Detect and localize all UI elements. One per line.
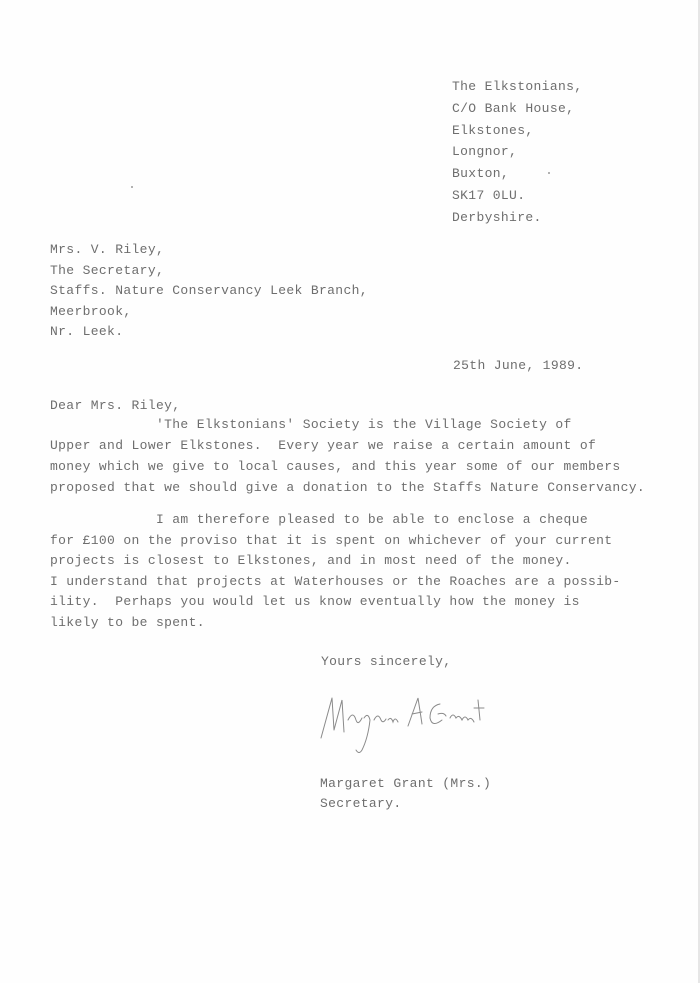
date-text: 25th June, 1989. (453, 356, 583, 376)
signatory-title: Secretary. (320, 794, 491, 814)
sender-line: Longnor, (452, 141, 582, 163)
paragraph-1: 'The Elkstonians' Society is the Village… (50, 414, 645, 498)
handwritten-signature (318, 690, 518, 770)
recipient-line: The Secretary, (50, 261, 368, 282)
paragraph-line: I understand that projects at Waterhouse… (50, 572, 621, 593)
letter-page: The Elkstonians, C/O Bank House, Elkston… (0, 0, 700, 983)
closing: Yours sincerely, (321, 652, 451, 672)
stray-mark (131, 186, 133, 188)
recipient-address: Mrs. V. Riley, The Secretary, Staffs. Na… (50, 240, 368, 343)
paragraph-line: money which we give to local causes, and… (50, 456, 645, 477)
sender-line: Derbyshire. (452, 207, 582, 229)
paragraph-line: ility. Perhaps you would let us know eve… (50, 592, 621, 613)
letter-date: 25th June, 1989. (453, 356, 583, 376)
sender-line: SK17 0LU. (452, 185, 582, 207)
sender-address: The Elkstonians, C/O Bank House, Elkston… (452, 76, 582, 229)
sender-line: Elkstones, (452, 120, 582, 142)
sender-line: C/O Bank House, (452, 98, 582, 120)
recipient-line: Meerbrook, (50, 302, 368, 323)
paragraph-line: Upper and Lower Elkstones. Every year we… (50, 435, 645, 456)
recipient-line: Nr. Leek. (50, 322, 368, 343)
salutation-text: Dear Mrs. Riley, (50, 396, 180, 416)
sender-line: Buxton, (452, 163, 582, 185)
signatory-name: Margaret Grant (Mrs.) (320, 774, 491, 794)
sender-line: The Elkstonians, (452, 76, 582, 98)
paragraph-line: I am therefore pleased to be able to enc… (50, 510, 621, 531)
paragraph-line: likely to be spent. (50, 613, 621, 634)
paragraph-line: for £100 on the proviso that it is spent… (50, 531, 621, 552)
paragraph-line: proposed that we should give a donation … (50, 477, 645, 498)
recipient-line: Staffs. Nature Conservancy Leek Branch, (50, 281, 368, 302)
paragraph-line: 'The Elkstonians' Society is the Village… (50, 414, 645, 435)
paragraph-line: projects is closest to Elkstones, and in… (50, 551, 621, 572)
paragraph-2: I am therefore pleased to be able to enc… (50, 510, 621, 633)
signatory: Margaret Grant (Mrs.) Secretary. (320, 774, 491, 814)
recipient-line: Mrs. V. Riley, (50, 240, 368, 261)
closing-text: Yours sincerely, (321, 652, 451, 672)
salutation: Dear Mrs. Riley, (50, 396, 180, 416)
